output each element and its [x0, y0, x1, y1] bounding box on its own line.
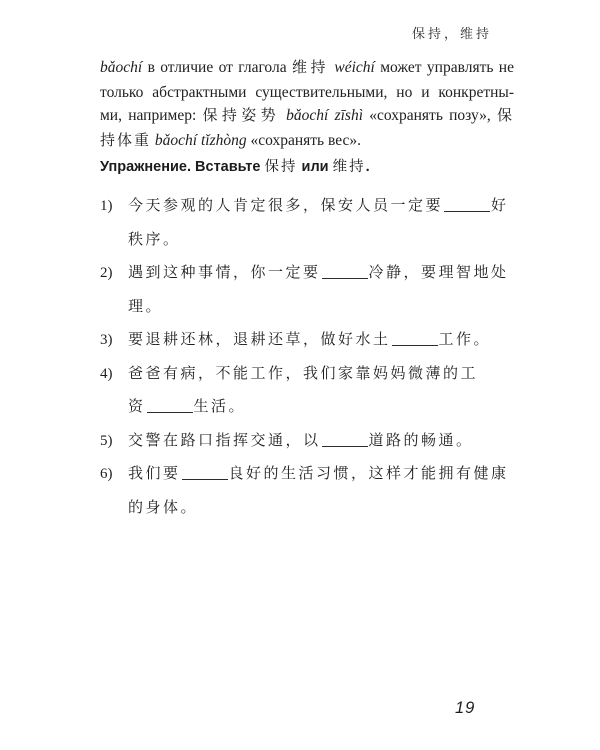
fill-in-blank: [322, 433, 368, 447]
item-number: 4): [100, 358, 113, 392]
intro-line: bǎochí в отличие от глагола 维持 wéichí мо…: [100, 56, 514, 81]
fill-in-blank: [322, 265, 368, 279]
fill-in-blank: [147, 399, 193, 413]
item-line: 遇到这种事情，你一定要冷静，要理智地处: [128, 257, 520, 291]
russian-text: «сохранять позу»,: [363, 107, 497, 124]
chinese-text: 好: [491, 198, 509, 214]
chinese-text: 维持: [292, 60, 329, 76]
chinese-text: 冷静，要理智地处: [369, 265, 509, 281]
exercise-item: 6)我们要良好的生活习惯，这样才能拥有健康的身体。: [100, 458, 520, 525]
item-line: 的身体。: [128, 492, 520, 526]
exercise-item: 5)交警在路口指挥交通，以道路的畅通。: [100, 425, 520, 459]
running-header: 保持，维持: [100, 23, 492, 42]
item-line: 要退耕还林，退耕还草，做好水土工作。: [128, 324, 520, 358]
exercise-item: 4)爸爸有病，不能工作，我们家靠妈妈微薄的工资生活。: [100, 358, 520, 425]
russian-text: или: [298, 159, 333, 175]
item-line: 今天参观的人肯定很多，保安人员一定要好: [128, 190, 520, 224]
fill-in-blank: [392, 332, 438, 346]
chinese-text: 爸爸有病，不能工作，我们家靠妈妈微薄的工: [128, 366, 478, 382]
chinese-text: 持体重: [100, 133, 151, 149]
russian-text: может управлять не: [375, 59, 514, 76]
chinese-text: 保持姿势: [203, 108, 280, 124]
intro-line: только абстрактными существительными, но…: [100, 81, 514, 105]
chinese-text: 保持: [265, 159, 298, 175]
item-number: 2): [100, 257, 113, 291]
chinese-text: 良好的生活习惯，这样才能拥有健康: [229, 466, 509, 482]
chinese-text: 的身体。: [128, 500, 198, 516]
russian-text: только абстрактными существительными, но…: [100, 84, 514, 101]
pinyin-text: bǎochí: [100, 59, 142, 76]
chinese-text: 理。: [128, 299, 163, 315]
chinese-text: 要退耕还林，退耕还草，做好水土: [128, 332, 391, 348]
chinese-text: 我们要: [128, 466, 181, 482]
item-line: 资生活。: [128, 391, 520, 425]
chinese-text: 道路的畅通。: [369, 433, 474, 449]
item-line: 爸爸有病，不能工作，我们家靠妈妈微薄的工: [128, 358, 520, 392]
chinese-text: 资: [128, 399, 146, 415]
fill-in-blank: [182, 466, 228, 480]
chinese-text: 交警在路口指挥交通，以: [128, 433, 321, 449]
chinese-text: 今天参观的人肯定很多，保安人员一定要: [128, 198, 443, 214]
russian-text: ми, например:: [100, 107, 203, 124]
item-line: 交警在路口指挥交通，以道路的畅通。: [128, 425, 520, 459]
exercise-list: 1)今天参观的人肯定很多，保安人员一定要好秩序。2)遇到这种事情，你一定要冷静，…: [100, 190, 520, 525]
russian-text: в отличие от глагола: [142, 59, 292, 76]
exercise-item: 1)今天参观的人肯定很多，保安人员一定要好秩序。: [100, 190, 520, 257]
chinese-text: 维持: [333, 159, 366, 175]
russian-text: Упражнение. Вставьте: [100, 159, 265, 175]
russian-text: «сохранять вес».: [247, 132, 361, 149]
pinyin-text: bǎochí tǐzhòng: [151, 132, 247, 149]
intro-paragraph: bǎochí в отличие от глагола 维持 wéichí мо…: [100, 56, 514, 153]
fill-in-blank: [444, 198, 490, 212]
exercise-heading: Упражнение. Вставьте 保持 или 维持.: [100, 155, 514, 176]
item-line: 理。: [128, 291, 520, 325]
chinese-text: 生活。: [194, 399, 247, 415]
russian-text: .: [366, 159, 370, 175]
chinese-text: 秩序。: [128, 232, 181, 248]
pinyin-text: wéichí: [329, 59, 375, 76]
chinese-text: 工作。: [439, 332, 492, 348]
exercise-item: 2)遇到这种事情，你一定要冷静，要理智地处理。: [100, 257, 520, 324]
intro-line: 持体重 bǎochí tǐzhòng «сохранять вес».: [100, 129, 514, 154]
item-line: 我们要良好的生活习惯，这样才能拥有健康: [128, 458, 520, 492]
exercise-item: 3)要退耕还林，退耕还草，做好水土工作。: [100, 324, 520, 358]
chinese-text: 保: [497, 108, 514, 124]
intro-line: ми, например: 保持姿势 bǎochí zīshì «сохраня…: [100, 104, 514, 129]
item-number: 3): [100, 324, 113, 358]
item-number: 1): [100, 190, 113, 224]
pinyin-text: bǎochí zīshì: [280, 107, 363, 124]
book-page: 保持，维持 bǎochí в отличие от глагола 维持 wéi…: [0, 0, 600, 750]
chinese-text: 遇到这种事情，你一定要: [128, 265, 321, 281]
item-number: 6): [100, 458, 113, 492]
item-number: 5): [100, 425, 113, 459]
page-number: 19: [455, 699, 475, 718]
item-line: 秩序。: [128, 224, 520, 258]
